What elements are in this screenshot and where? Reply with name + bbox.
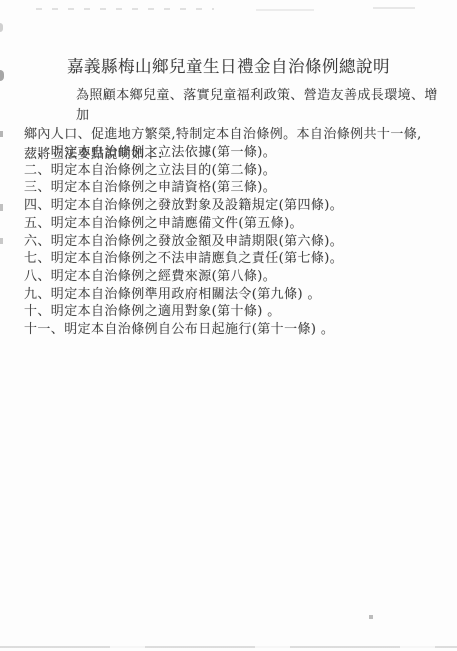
paragraph-line: 鄉內人口、促進地方繁榮,特制定本自治條例。本自治條例共十一條, (24, 125, 442, 145)
legislative-points-list: 一、明定本自治條例之立法依據(第一條)。 二、明定本自治條例之立法目的(第二條)… (24, 144, 444, 339)
scan-artifact (373, 7, 415, 9)
document-title: 嘉義縣梅山鄉兒童生日禮金自治條例總說明 (0, 53, 457, 77)
list-item: 四、明定本自治條例之發放對象及設籍規定(第四條)。 (24, 197, 444, 215)
list-item: 十一、明定本自治條例自公布日起施行(第十一條) 。 (24, 321, 444, 339)
list-item: 二、明定本自治條例之立法目的(第二條)。 (24, 162, 444, 180)
scan-artifact (0, 646, 457, 648)
scan-artifact (0, 238, 3, 244)
scan-artifact (0, 204, 3, 211)
list-item: 十、明定本自治條例之適用對象(第十條) 。 (24, 303, 444, 321)
list-item: 六、明定本自治條例之發放金額及申請期限(第六條)。 (24, 233, 444, 251)
scan-artifact (256, 9, 314, 11)
list-item: 八、明定本自治條例之經費來源(第八條)。 (24, 268, 444, 286)
scanned-document-page: 嘉義縣梅山鄉兒童生日禮金自治條例總說明 為照顧本鄉兒童、落實兒童福利政策、營造友… (0, 0, 457, 651)
list-item: 九、明定本自治條例準用政府相關法令(第九條) 。 (24, 286, 444, 304)
scan-artifact (0, 23, 3, 32)
list-item: 一、明定本自治條例之立法依據(第一條)。 (24, 144, 444, 162)
list-item: 七、明定本自治條例之不法申請應負之責任(第七條)。 (24, 250, 444, 268)
list-item: 五、明定本自治條例之申請應備文件(第五條)。 (24, 215, 444, 233)
scan-artifact (0, 131, 3, 137)
scan-artifact (369, 615, 373, 619)
paragraph-line: 為照顧本鄉兒童、落實兒童福利政策、營造友善成長環境、增加 (24, 86, 442, 125)
scan-artifact (36, 8, 214, 10)
list-item: 三、明定本自治條例之申請資格(第三條)。 (24, 179, 444, 197)
